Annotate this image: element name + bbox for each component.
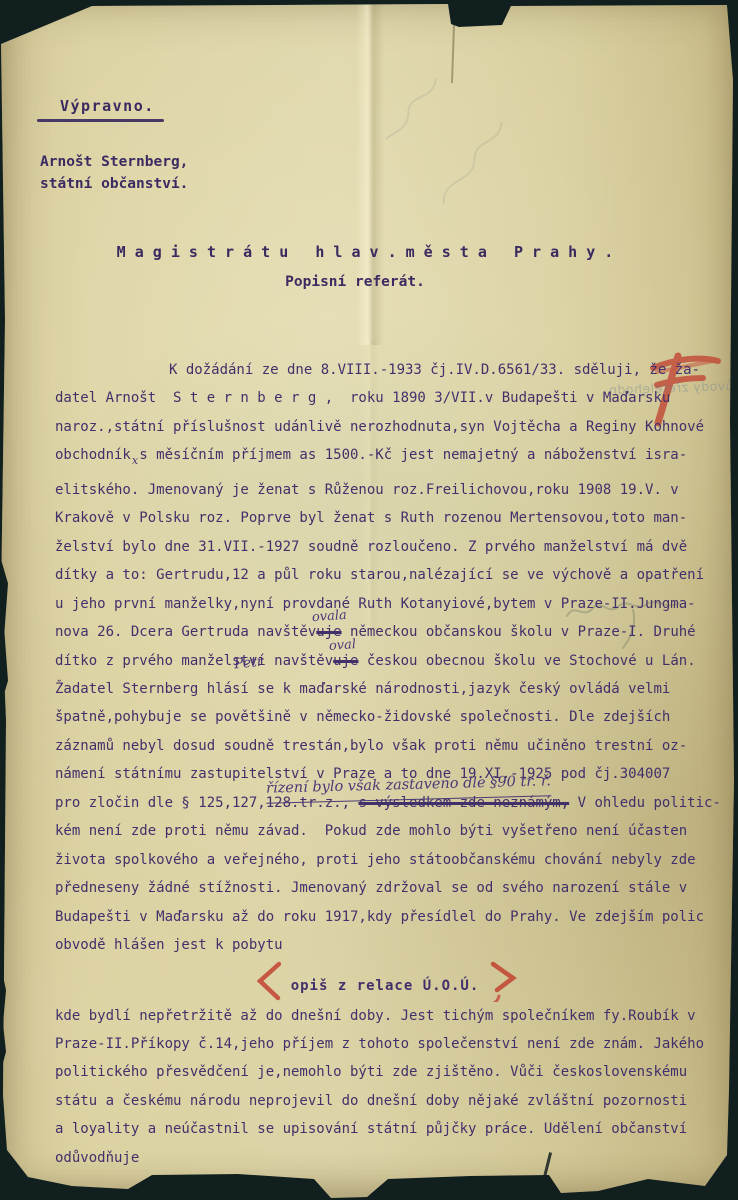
typed-line: pro zločin dle § 125,127,128.tr.z., s vý…	[55, 789, 719, 817]
typed-line: špatně,pohybuje se povětšině v německo-ž…	[55, 703, 719, 731]
typed-line: Krakově v Polsku roz. Poprve byl ženat s…	[55, 504, 719, 532]
addressee-department: Popisní referát.	[130, 274, 580, 290]
sender-name: Arnošt Sternberg,	[40, 154, 188, 170]
typed-line: obvodě hlášen jest k pobytu	[55, 931, 719, 959]
handwritten-insert-name: Petr	[233, 647, 265, 678]
typed-line: státu a českému národu neprojevil do dne…	[55, 1087, 719, 1115]
handwritten-correction: ovala	[311, 602, 348, 633]
typed-line: obchodníkx s měsíčním příjmem as 1500.-K…	[55, 441, 719, 475]
copy-instruction-text: opiš z relace Ú.O.Ú.	[291, 978, 480, 994]
typed-line: naroz.,státní příslušnost udánlivě neroz…	[55, 413, 719, 441]
typed-line: kde bydlí nepřetržitě až do dnešní doby.…	[55, 1002, 719, 1030]
typed-line: Praze-II.Příkopy č.14,jeho příjem z toho…	[55, 1030, 719, 1058]
typed-text: obchodník	[55, 447, 131, 463]
typed-line: kém není zde proti němu závad. Pokud zde…	[55, 817, 719, 845]
red-open-bracket-icon	[255, 960, 281, 1002]
typed-body: K dožádání ze dne 8.VIII.-1933 čj.IV.D.6…	[55, 356, 719, 1172]
typed-line: politického přesvědčení je,nemohlo býti …	[55, 1058, 719, 1086]
typed-line: dítky a to: Gertrudu,12 a půl roku staro…	[55, 561, 719, 589]
typed-text: V ohledu politic-	[569, 795, 721, 811]
pencil-scribble-top	[386, 62, 546, 252]
red-close-bracket-icon	[489, 960, 519, 1002]
typed-line: odůvodňuje	[55, 1144, 719, 1172]
typed-line: želství bylo dne 31.VII.-1927 soudně roz…	[55, 533, 719, 561]
typed-text: nova 26. Dcera Gertruda navštěv	[55, 624, 316, 640]
typed-line: záznamů nebyl dosud soudně trestán,bylo …	[55, 732, 719, 760]
typed-line: Budapešti v Maďarsku až do roku 1917,kdy…	[55, 903, 719, 931]
typed-text: navštěv	[274, 653, 333, 669]
typed-line-centered: opiš z relace Ú.O.Ú.	[55, 960, 719, 1002]
handwritten-correction: oval	[328, 631, 357, 661]
typed-text: německou občanskou školu v Praze-I. Druh…	[342, 624, 696, 640]
sender-block: Arnošt Sternberg,státní občanství.	[40, 152, 188, 195]
typed-line: dítko z prvého manželství Petrnavštěvuje…	[55, 647, 719, 675]
typed-text: českou obecnou školu ve Stochové u Lán.	[358, 653, 695, 669]
addressee-title: M a g i s t r á t u h l a v . m ě s t a …	[0, 243, 734, 261]
typed-line: datel Arnošt S t e r n b e r g , roku 18…	[55, 384, 719, 412]
dispatch-underline	[37, 119, 164, 122]
typed-line: nova 26. Dcera Gertruda navštěvujeovala …	[55, 618, 719, 646]
typed-line: Žadatel Sternberg hlásí se k maďarské ná…	[55, 675, 719, 703]
torn-paper-sheet: Výpravno. Arnošt Sternberg,státní občans…	[0, 0, 738, 1200]
typed-line: K dožádání ze dne 8.VIII.-1933 čj.IV.D.6…	[55, 356, 719, 384]
typed-line: života spolkového a veřejného, proti jeh…	[55, 846, 719, 874]
typed-line: předneseny žádné stížnosti. Jmenovaný zd…	[55, 874, 719, 902]
vertical-fold-crease	[356, 0, 384, 345]
typed-line: a loyality a neúčastnil se upisování stá…	[55, 1115, 719, 1143]
typed-line: u jeho první manželky,nyní provdané Ruth…	[55, 590, 719, 618]
sender-subject: státní občanství.	[40, 176, 188, 192]
dispatch-label: Výpravno.	[60, 97, 155, 115]
typed-line: elitského. Jmenovaný je ženat s Růženou …	[55, 476, 719, 504]
typed-text: s měsíčním příjmem as 1500.-Kč jest nema…	[131, 447, 687, 463]
